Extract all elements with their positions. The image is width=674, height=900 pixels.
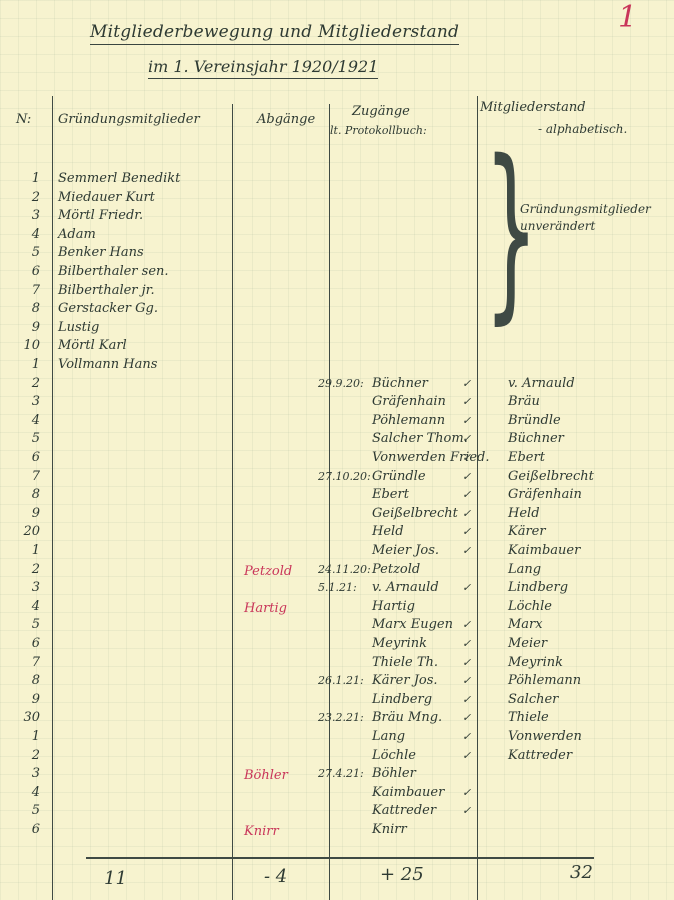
addition-name: Büchner [372, 375, 428, 393]
founding-member: Gerstacker Gg. [58, 300, 158, 318]
checkmark-icon: ✓ [462, 412, 471, 430]
membership-entry: Ebert [508, 449, 545, 467]
checkmark-icon: ✓ [462, 393, 471, 411]
row-number: 9 [0, 505, 40, 523]
row-number: 8 [0, 300, 40, 318]
total-membership: 32 [570, 862, 593, 883]
checkmark-icon: ✓ [462, 709, 471, 727]
membership-entry: Lang [508, 561, 541, 579]
row-number: 7 [0, 654, 40, 672]
addition-name: Gräfenhain [372, 393, 446, 411]
founding-member: Bilberthaler sen. [58, 263, 169, 281]
addition-name: Vonwerden Fried. [372, 449, 490, 467]
row-number: 20 [0, 523, 40, 541]
membership-entry: Meier [508, 635, 547, 653]
departure-entry: Hartig [244, 600, 287, 618]
membership-entry: Meyrink [508, 654, 563, 672]
column-divider-1 [52, 96, 53, 900]
checkmark-icon: ✓ [462, 616, 471, 634]
founding-member: Lustig [58, 319, 99, 337]
total-departures: - 4 [264, 866, 287, 887]
header-additions: Zugänge [352, 104, 410, 119]
row-number: 7 [0, 282, 40, 300]
header-departures: Abgänge [257, 112, 315, 127]
addition-name: Pöhlemann [372, 412, 445, 430]
founding-member: Mörtl Karl [58, 337, 127, 355]
checkmark-icon: ✓ [462, 523, 471, 541]
row-number: 1 [0, 542, 40, 560]
membership-entry: Geißelbrecht [508, 468, 594, 486]
page-number: 1 [618, 0, 637, 35]
checkmark-icon: ✓ [462, 654, 471, 672]
addition-name: Geißelbrecht [372, 505, 458, 523]
row-number: 10 [0, 337, 40, 355]
row-number: 1 [0, 356, 40, 374]
addition-name: Held [372, 523, 404, 541]
departure-entry: Böhler [244, 767, 288, 785]
checkmark-icon: ✓ [462, 728, 471, 746]
row-number: 6 [0, 449, 40, 467]
addition-name: Marx Eugen [372, 616, 453, 634]
membership-entry: Bründle [508, 412, 561, 430]
checkmark-icon: ✓ [462, 468, 471, 486]
founding-member: Vollmann Hans [58, 356, 157, 374]
addition-name: Böhler [372, 765, 416, 783]
row-number: 2 [0, 747, 40, 765]
row-number: 6 [0, 263, 40, 281]
addition-name: Löchle [372, 747, 416, 765]
totals-rule [86, 857, 594, 859]
founding-member: Semmerl Benedikt [58, 170, 180, 188]
addition-name: Kaimbauer [372, 784, 444, 802]
addition-name: Lindberg [372, 691, 432, 709]
membership-entry: Vonwerden [508, 728, 582, 746]
founding-member: Miedauer Kurt [58, 189, 155, 207]
membership-entry: Pöhlemann [508, 672, 581, 690]
row-number: 4 [0, 412, 40, 430]
addition-name: Gründle [372, 468, 426, 486]
founding-member: Bilberthaler jr. [58, 282, 155, 300]
header-founding-members: Gründungsmitglieder [58, 112, 200, 127]
checkmark-icon: ✓ [462, 486, 471, 504]
membership-entry: Kaimbauer [508, 542, 580, 560]
row-number: 2 [0, 189, 40, 207]
row-number: 9 [0, 319, 40, 337]
founding-member: Benker Hans [58, 244, 144, 262]
membership-note: Gründungsmitglieder unverändert [520, 201, 650, 235]
checkmark-icon: ✓ [462, 579, 471, 597]
checkmark-icon: ✓ [462, 672, 471, 690]
membership-entry: Thiele [508, 709, 549, 727]
checkmark-icon: ✓ [462, 449, 471, 467]
checkmark-icon: ✓ [462, 802, 471, 820]
total-founding: 11 [104, 868, 127, 889]
page-subtitle: im 1. Vereinsjahr 1920/1921 [148, 57, 378, 79]
column-divider-2 [232, 104, 233, 900]
membership-entry: Held [508, 505, 540, 523]
addition-date: 23.2.21: [318, 709, 364, 727]
checkmark-icon: ✓ [462, 784, 471, 802]
row-number: 6 [0, 821, 40, 839]
membership-entry: Kärer [508, 523, 546, 541]
header-number: N: [16, 112, 31, 127]
membership-entry: Büchner [508, 430, 564, 448]
header-membership: Mitgliederstand [480, 100, 586, 115]
row-number: 5 [0, 244, 40, 262]
checkmark-icon: ✓ [462, 747, 471, 765]
row-number: 1 [0, 170, 40, 188]
row-number: 4 [0, 226, 40, 244]
row-number: 30 [0, 709, 40, 727]
row-number: 1 [0, 728, 40, 746]
checkmark-icon: ✓ [462, 505, 471, 523]
addition-name: Salcher Thom. [372, 430, 468, 448]
membership-entry: Salcher [508, 691, 558, 709]
addition-name: Hartig [372, 598, 415, 616]
addition-name: Lang [372, 728, 405, 746]
addition-name: Knirr [372, 821, 407, 839]
row-number: 3 [0, 393, 40, 411]
membership-entry: Löchle [508, 598, 552, 616]
addition-name: Thiele Th. [372, 654, 438, 672]
row-number: 4 [0, 784, 40, 802]
row-number: 5 [0, 802, 40, 820]
column-divider-4 [477, 96, 478, 900]
checkmark-icon: ✓ [462, 542, 471, 560]
checkmark-icon: ✓ [462, 375, 471, 393]
addition-date: 29.9.20: [318, 375, 364, 393]
addition-name: v. Arnauld [372, 579, 439, 597]
membership-entry: Gräfenhain [508, 486, 582, 504]
total-additions: + 25 [380, 864, 424, 885]
membership-entry: Kattreder [508, 747, 572, 765]
header-additions-sub: lt. Protokollbuch: [330, 124, 427, 137]
addition-name: Meyrink [372, 635, 427, 653]
page-title: Mitgliederbewegung und Mitgliederstand [90, 22, 459, 45]
membership-entry: v. Arnauld [508, 375, 575, 393]
addition-name: Petzold [372, 561, 420, 579]
addition-date: 27.4.21: [318, 765, 364, 783]
row-number: 5 [0, 616, 40, 634]
addition-name: Meier Jos. [372, 542, 439, 560]
checkmark-icon: ✓ [462, 430, 471, 448]
addition-name: Bräu Mng. [372, 709, 442, 727]
addition-date: 5.1.21: [318, 579, 357, 597]
row-number: 3 [0, 207, 40, 225]
row-number: 6 [0, 635, 40, 653]
addition-name: Ebert [372, 486, 409, 504]
checkmark-icon: ✓ [462, 635, 471, 653]
checkmark-icon: ✓ [462, 691, 471, 709]
addition-date: 24.11.20: [318, 561, 371, 579]
founding-member: Mörtl Friedr. [58, 207, 143, 225]
row-number: 3 [0, 579, 40, 597]
row-number: 7 [0, 468, 40, 486]
departure-entry: Petzold [244, 563, 292, 581]
addition-name: Kärer Jos. [372, 672, 438, 690]
addition-date: 26.1.21: [318, 672, 364, 690]
row-number: 5 [0, 430, 40, 448]
row-number: 2 [0, 561, 40, 579]
membership-entry: Marx [508, 616, 543, 634]
membership-entry: Bräu [508, 393, 540, 411]
row-number: 4 [0, 598, 40, 616]
header-membership-sub: - alphabetisch. [538, 122, 627, 136]
row-number: 8 [0, 672, 40, 690]
departure-entry: Knirr [244, 823, 279, 841]
addition-date: 27.10.20: [318, 468, 371, 486]
row-number: 8 [0, 486, 40, 504]
row-number: 3 [0, 765, 40, 783]
row-number: 9 [0, 691, 40, 709]
founding-member: Adam [58, 226, 96, 244]
row-number: 2 [0, 375, 40, 393]
membership-entry: Lindberg [508, 579, 568, 597]
addition-name: Kattreder [372, 802, 436, 820]
